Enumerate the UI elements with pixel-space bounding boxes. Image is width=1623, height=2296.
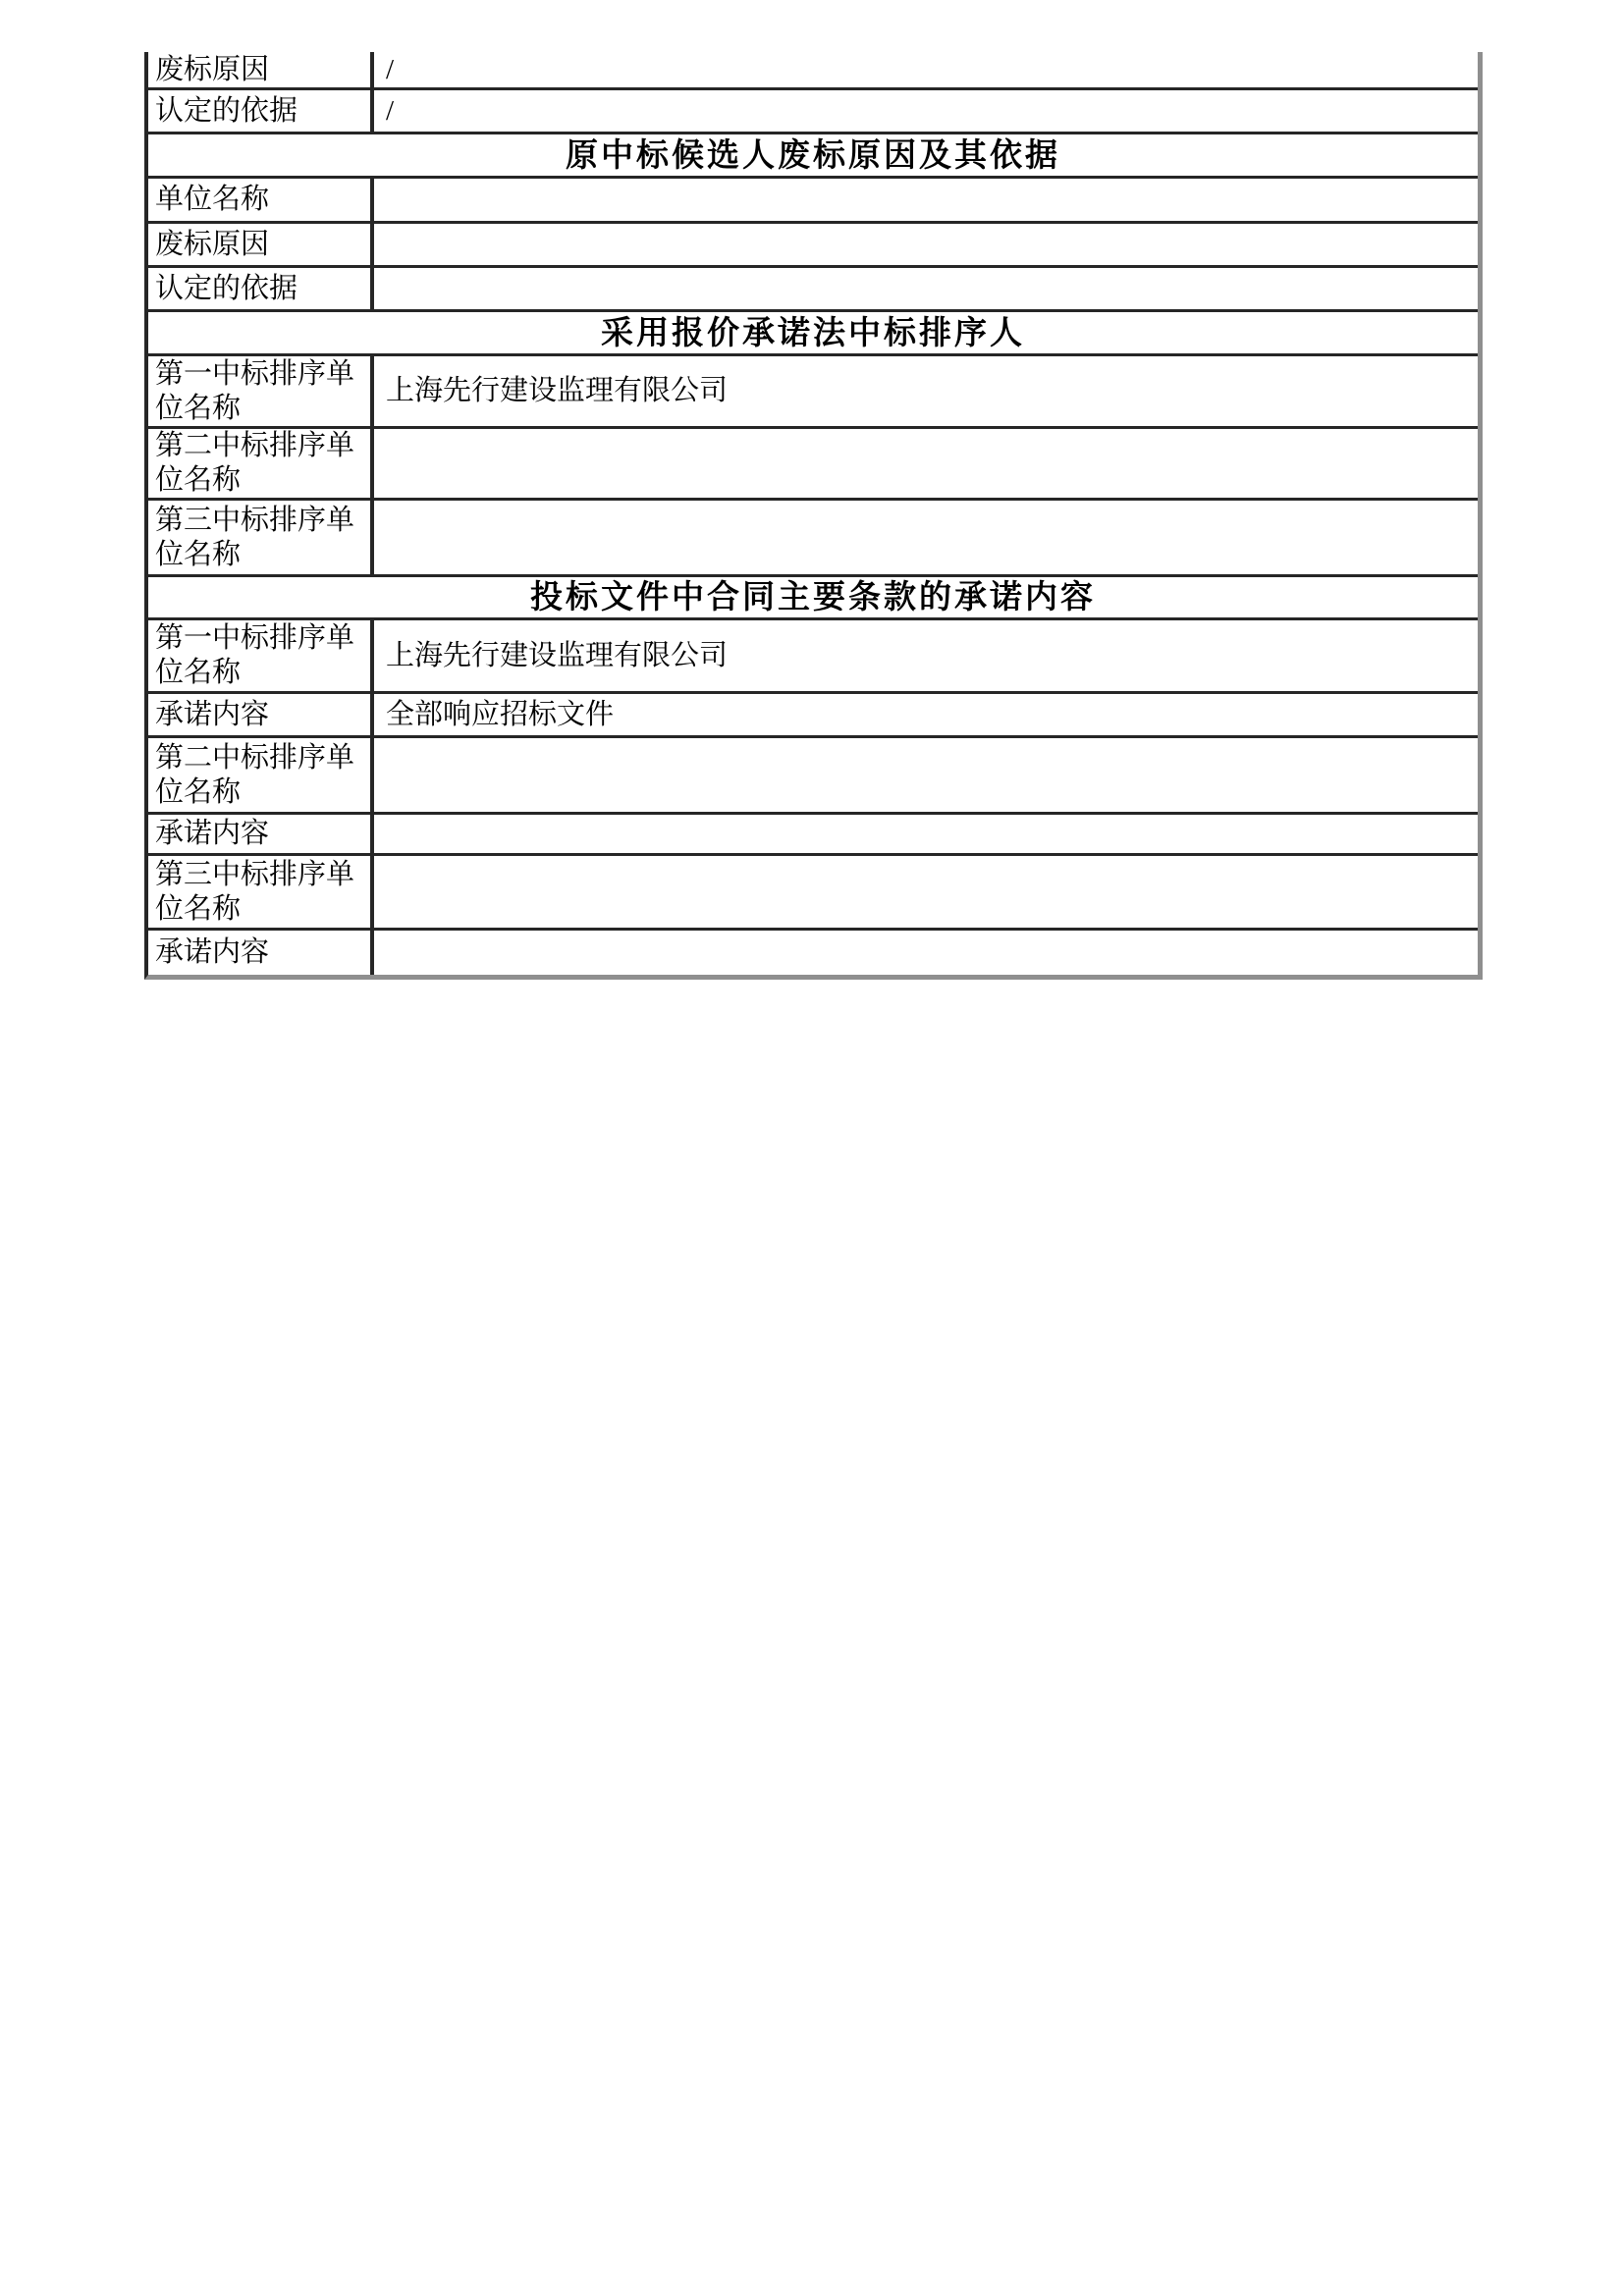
table-row: 第一中标排序单位名称 上海先行建设监理有限公司 — [148, 620, 1478, 694]
table-row: 废标原因 / — [148, 52, 1478, 90]
row-value — [374, 501, 1478, 574]
row-label: 认定的依据 — [148, 268, 374, 309]
row-value — [374, 931, 1478, 975]
section-header-row: 采用报价承诺法中标排序人 — [148, 312, 1478, 356]
row-value — [374, 179, 1478, 221]
row-label: 承诺内容 — [148, 815, 374, 853]
row-value: 上海先行建设监理有限公司 — [374, 620, 1478, 691]
row-label: 认定的依据 — [148, 90, 374, 132]
row-label: 单位名称 — [148, 179, 374, 221]
table-row: 第二中标排序单位名称 — [148, 429, 1478, 501]
table-row: 认定的依据 — [148, 268, 1478, 312]
section-header-title: 投标文件中合同主要条款的承诺内容 — [148, 577, 1478, 617]
row-label: 废标原因 — [148, 52, 374, 87]
row-value: / — [374, 90, 1478, 132]
section-header-title: 原中标候选人废标原因及其依据 — [148, 134, 1478, 176]
row-label: 第三中标排序单位名称 — [148, 856, 374, 928]
table-row: 第三中标排序单位名称 — [148, 856, 1478, 931]
row-label: 承诺内容 — [148, 694, 374, 735]
row-value — [374, 738, 1478, 812]
row-value: / — [374, 52, 1478, 87]
table-row: 单位名称 — [148, 179, 1478, 224]
row-value — [374, 815, 1478, 853]
row-value — [374, 268, 1478, 309]
row-value: 全部响应招标文件 — [374, 694, 1478, 735]
row-label: 承诺内容 — [148, 931, 374, 975]
row-value: 上海先行建设监理有限公司 — [374, 356, 1478, 426]
table-row: 承诺内容 全部响应招标文件 — [148, 694, 1478, 738]
section-header-row: 投标文件中合同主要条款的承诺内容 — [148, 577, 1478, 620]
table-row: 承诺内容 — [148, 931, 1478, 975]
bid-result-table: 废标原因 / 认定的依据 / 原中标候选人废标原因及其依据 单位名称 废标原因 … — [144, 52, 1483, 980]
row-value — [374, 224, 1478, 265]
row-label: 第二中标排序单位名称 — [148, 429, 374, 498]
row-label: 第三中标排序单位名称 — [148, 501, 374, 574]
table-row: 第二中标排序单位名称 — [148, 738, 1478, 815]
row-value — [374, 429, 1478, 498]
row-label: 第一中标排序单位名称 — [148, 356, 374, 426]
document-page: 废标原因 / 认定的依据 / 原中标候选人废标原因及其依据 单位名称 废标原因 … — [0, 0, 1623, 2296]
section-header-title: 采用报价承诺法中标排序人 — [148, 312, 1478, 353]
table-row: 承诺内容 — [148, 815, 1478, 856]
table-row: 第三中标排序单位名称 — [148, 501, 1478, 577]
table-row: 废标原因 — [148, 224, 1478, 268]
section-header-row: 原中标候选人废标原因及其依据 — [148, 134, 1478, 179]
table-row: 第一中标排序单位名称 上海先行建设监理有限公司 — [148, 356, 1478, 429]
row-label: 第一中标排序单位名称 — [148, 620, 374, 691]
row-label: 第二中标排序单位名称 — [148, 738, 374, 812]
table-row: 认定的依据 / — [148, 90, 1478, 134]
row-label: 废标原因 — [148, 224, 374, 265]
row-value — [374, 856, 1478, 928]
